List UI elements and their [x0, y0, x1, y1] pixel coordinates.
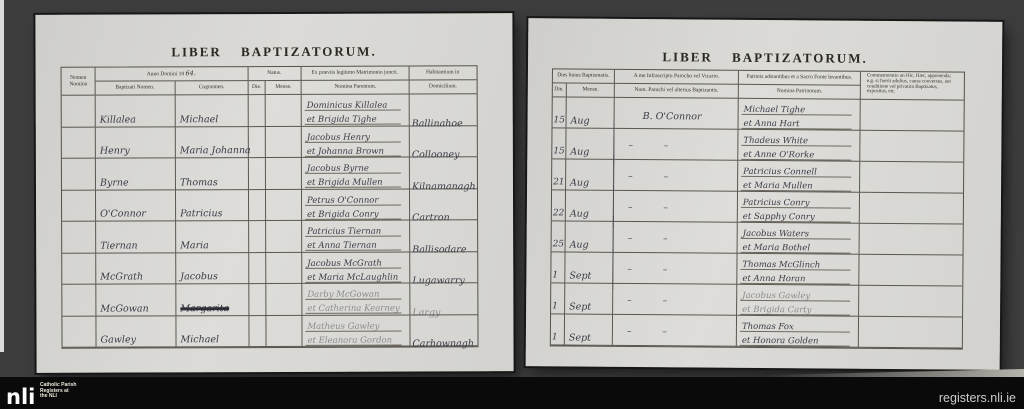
register-left-page: LIBER BAPTIZATORUM. NomenNomina Anno Dom…: [35, 13, 513, 373]
subheader-nomina-patrinorum: Nomina Patrinorum.: [739, 85, 861, 100]
right-page-title: LIBER BAPTIZATORUM.: [528, 48, 1002, 68]
baptism-day-cell: 1: [551, 314, 565, 345]
observations-cell: [859, 255, 962, 287]
col-header-patrinis: Patrinis adstantibus et a Sacro Fonte le…: [739, 71, 861, 86]
given-name-cell: Maria Johanna: [176, 127, 249, 159]
col-header-matrimonio: Ex præviis legitimo Matrimonio juncti.: [302, 67, 410, 81]
mother-name: et Anna Tiernan: [307, 241, 377, 251]
number-cell: [62, 159, 96, 191]
col-header-natus: Natus.: [249, 67, 302, 81]
mensis-cell: [266, 252, 302, 284]
number-cell: [62, 96, 96, 128]
given-name: Michael: [180, 114, 219, 125]
sponsor-name: Patricius Connell: [743, 167, 817, 178]
sponsor-name: Thomas McGlinch: [742, 260, 820, 271]
surname-cell: O'Connor: [96, 190, 176, 222]
parents-cell: Patricius Tiernan et Anna Tiernan: [302, 221, 410, 253]
subheader-cognomen: Cognomen.: [176, 81, 249, 95]
mensis-cell: [266, 189, 302, 221]
observations-cell: [860, 193, 963, 225]
subheader-mensis: Mense.: [567, 83, 615, 97]
mother-name: et Brigida Tighe: [307, 115, 377, 125]
residence-cell: Largy: [410, 283, 477, 315]
sponsors-cell: Thadeus White et Anne O'Rorke: [738, 130, 860, 162]
die-cell: [249, 284, 266, 316]
sponsor-name: et Maria Bothel: [743, 243, 811, 254]
scan-edge-sliver: [0, 0, 4, 352]
baptism-month-cell: Aug: [567, 97, 615, 128]
right-register-table: Dies huius Baptismatis. A me Infrascript…: [550, 68, 965, 349]
die-cell: [249, 190, 266, 222]
nli-logo-caption: Catholic Parish Registers at the NLI: [40, 383, 76, 400]
priest-cell: – –: [613, 253, 737, 285]
baptism-month: Sept: [569, 301, 591, 312]
footer-bar: nli Catholic Parish Registers at the NLI…: [0, 377, 1024, 409]
col-header-observanda: Commemoratio an Hic, Hæc, apponenda; e.g…: [861, 72, 964, 101]
baptism-month-cell: Aug: [566, 159, 614, 190]
surname-cell: Tiernan: [96, 221, 176, 253]
ditto-marks: – –: [628, 141, 668, 151]
col-header-nomen: NomenNomina: [62, 68, 96, 96]
parents-cell: Jacobus McGrath et Maria McLaughlin: [302, 252, 410, 284]
sponsors-cell: Thomas Fox et Honora Golden: [737, 316, 859, 348]
father-name: Matheus Gawley: [307, 321, 379, 331]
surname: O'Connor: [100, 208, 146, 219]
baptism-month: Aug: [570, 239, 589, 250]
observations-cell: [859, 286, 962, 318]
sponsor-name: et Anna Hart: [744, 119, 800, 129]
surname: Gawley: [100, 334, 135, 345]
sponsor-name: et Maria Mullen: [743, 181, 813, 192]
die-cell: [249, 158, 266, 190]
die-cell: [249, 316, 266, 348]
mother-name: et Eleanora Gordon: [307, 335, 392, 345]
subheader-parochi: Nom. Parochi vel alterius Baptizantis.: [615, 84, 739, 99]
number-cell: [62, 127, 96, 159]
surname: Killalea: [100, 114, 136, 125]
sponsor-name: Patricius Conry: [743, 198, 810, 209]
baptism-day: 15: [554, 115, 566, 125]
subheader-nomina-parentum: Nomina Parentum.: [302, 81, 410, 95]
surname: McGowan: [100, 303, 148, 314]
subheader-mensis: Mense.: [266, 81, 302, 95]
page-edge-highlight: [766, 369, 1024, 377]
baptism-day: 21: [553, 177, 565, 187]
given-name: Maria Johanna: [180, 145, 251, 156]
baptism-day: 1: [552, 332, 558, 342]
given-name: Jacobus: [180, 271, 218, 282]
ditto-marks: – –: [627, 327, 667, 337]
baptism-month: Aug: [570, 208, 589, 219]
given-name-cell: Michael: [176, 316, 249, 348]
given-name: Thomas: [180, 177, 218, 188]
residence-cell: Kilnamanagh: [410, 157, 477, 189]
col-header-parocho: A me Infrascripto Parocho vel Vicario.: [615, 70, 739, 85]
number-cell: [62, 285, 96, 317]
sponsor-name: et Brigida Carty: [742, 305, 811, 316]
priest-cell: – –: [614, 191, 738, 223]
parents-cell: Darby McGowan et Catherina Kearney: [302, 284, 410, 316]
subheader-baptizati-nomen: Baptizati Nomen.: [96, 81, 176, 95]
surname: McGrath: [100, 271, 143, 282]
baptism-day-cell: 15: [553, 97, 567, 128]
surname: Byrne: [100, 177, 129, 188]
sponsors-cell: Jacobus Gawley et Brigida Carty: [737, 285, 859, 317]
father-name: Jacobus McGrath: [307, 258, 382, 268]
baptism-day-cell: 1: [551, 252, 565, 283]
mensis-cell: [266, 284, 302, 316]
baptism-month-cell: Aug: [566, 128, 614, 159]
caption-line: the NLI: [40, 394, 76, 400]
surname: Tiernan: [100, 240, 137, 251]
baptism-day: 22: [553, 208, 565, 218]
sponsor-name: et Anna Horan: [742, 274, 805, 284]
residence-cell: Lugawarry: [410, 252, 477, 284]
priest-cell: – –: [614, 160, 738, 192]
parents-cell: Dominicus Killalea et Brigida Tighe: [302, 95, 410, 127]
sponsor-name: et Sapphy Conry: [743, 212, 815, 223]
parents-cell: Jacobus Henry et Johanna Brown: [302, 126, 410, 158]
surname-cell: Byrne: [96, 158, 176, 190]
register-right-page: LIBER BAPTIZATORUM. Dies huius Baptismat…: [526, 18, 1003, 370]
subheader-die: Die.: [249, 81, 266, 95]
sponsors-cell: Patricius Conry et Sapphy Conry: [738, 192, 860, 224]
given-name: Michael: [180, 334, 219, 345]
priest-cell: B. O'Connor: [615, 98, 739, 130]
die-cell: [249, 221, 266, 253]
father-name: Darby McGowan: [307, 290, 379, 300]
baptism-month-cell: Sept: [565, 252, 613, 283]
surname-cell: Henry: [96, 127, 176, 159]
mensis-cell: [266, 126, 302, 158]
number-cell: [62, 222, 96, 254]
baptism-month: Aug: [570, 146, 589, 157]
mother-name: et Johanna Brown: [307, 146, 384, 156]
left-register-table: NomenNomina Anno Domini 18 64. Natus. Ex…: [61, 65, 479, 348]
die-cell: [249, 253, 266, 285]
baptism-month-cell: Sept: [565, 314, 613, 345]
ditto-marks: – –: [628, 234, 668, 244]
father-name: Petrus O'Connor: [307, 195, 378, 205]
given-name-cell: Thomas: [176, 158, 249, 190]
father-name: Dominicus Killalea: [307, 101, 388, 111]
residence-cell: Collooney: [410, 126, 477, 158]
given-name: Patricius: [180, 208, 222, 219]
sponsor-name: et Honora Golden: [742, 336, 819, 347]
die-cell: [249, 95, 266, 127]
baptism-day-cell: 21: [552, 159, 566, 190]
nli-logo: nli: [6, 387, 35, 407]
mother-name: et Catherina Kearney: [307, 304, 399, 314]
baptism-month: Aug: [571, 115, 590, 126]
baptism-month: Aug: [570, 177, 589, 188]
father-name: Jacobus Henry: [307, 132, 370, 142]
baptism-day: 1: [552, 270, 558, 280]
baptism-month: Sept: [569, 270, 591, 281]
handwritten-year: 64.: [186, 69, 196, 76]
priest-cell: – –: [613, 284, 737, 316]
residence: Carhownagh: [413, 338, 474, 349]
die-cell: [249, 127, 266, 159]
sponsors-cell: Michael Tighe et Anna Hart: [739, 99, 861, 131]
sponsor-name: Jacobus Gawley: [742, 291, 810, 302]
given-name-cell: Jacobus: [176, 253, 249, 285]
number-cell: [62, 316, 96, 348]
mother-name: et Maria McLaughlin: [307, 272, 398, 282]
number-cell: [62, 253, 96, 285]
baptism-month: Sept: [569, 332, 591, 343]
sponsor-name: et Anne O'Rorke: [743, 150, 814, 161]
priest-cell: – –: [614, 129, 738, 161]
surname-cell: Killalea: [96, 95, 176, 127]
given-name-cell: Michael: [176, 95, 249, 127]
residence-cell: Ballisodare: [410, 220, 477, 252]
baptism-day-cell: 25: [552, 221, 566, 252]
sponsor-name: Michael Tighe: [744, 105, 806, 115]
father-name: Patricius Tiernan: [307, 227, 381, 237]
baptism-month-cell: Aug: [566, 190, 614, 221]
surname-cell: Gawley: [96, 316, 176, 348]
left-page-title: LIBER BAPTIZATORUM.: [35, 43, 512, 61]
observations-cell: [860, 100, 963, 132]
subheader-domicilium: Domicilium.: [410, 80, 477, 94]
number-cell: [62, 190, 96, 222]
baptism-day-cell: 15: [552, 128, 566, 159]
sponsors-cell: Thomas McGlinch et Anna Horan: [737, 254, 859, 286]
residence-cell: Carhownagh: [410, 315, 477, 347]
mensis-cell: [266, 95, 302, 127]
observations-cell: [860, 162, 963, 194]
ditto-marks: – –: [628, 172, 668, 182]
baptism-day-cell: 1: [551, 283, 565, 314]
col-header-anno-domini: Anno Domini 18 64.: [96, 67, 249, 82]
mother-name: et Brigida Conry: [307, 209, 379, 219]
surname: Henry: [100, 146, 130, 157]
priest-name: B. O'Connor: [643, 111, 702, 122]
residence-cell: Cartron: [410, 189, 477, 221]
col-header-dies-baptismatis: Dies huius Baptismatis.: [553, 69, 615, 83]
baptism-day-cell: 22: [552, 190, 566, 221]
given-name-struck: Margarita: [180, 303, 229, 314]
subheader-die: Die.: [553, 83, 567, 97]
sponsors-cell: Patricius Connell et Maria Mullen: [738, 161, 860, 193]
baptism-month-cell: Sept: [565, 283, 613, 314]
mensis-cell: [266, 158, 302, 190]
parents-cell: Matheus Gawley et Eleanora Gordon: [302, 315, 410, 347]
observations-cell: [859, 317, 962, 349]
residence-cell: Ballinahoe: [410, 94, 477, 126]
ditto-marks: – –: [627, 265, 667, 275]
baptism-day: 1: [552, 301, 558, 311]
sponsor-name: Thomas Fox: [742, 322, 794, 332]
given-name-cell: Maria: [176, 221, 249, 253]
baptism-day: 25: [553, 239, 565, 249]
sponsor-name: Jacobus Waters: [743, 229, 809, 240]
surname-cell: McGowan: [96, 284, 176, 316]
parents-cell: Petrus O'Connor et Brigida Conry: [302, 189, 410, 221]
mensis-cell: [266, 315, 302, 347]
ditto-marks: – –: [627, 296, 667, 306]
sponsor-name: Thadeus White: [743, 136, 808, 147]
baptism-day: 15: [553, 146, 565, 156]
priest-cell: – –: [613, 315, 737, 347]
given-name-cell: Patricius: [176, 190, 249, 222]
col-header-habitantium: Habitantium in: [410, 66, 477, 80]
father-name: Jacobus Byrne: [307, 164, 369, 174]
observations-cell: [860, 224, 963, 256]
mensis-cell: [266, 221, 302, 253]
site-watermark: registers.nli.ie: [939, 391, 1016, 405]
surname-cell: McGrath: [96, 253, 176, 285]
mother-name: et Brigida Mullen: [307, 178, 383, 188]
baptism-month-cell: Aug: [566, 221, 614, 252]
parents-cell: Jacobus Byrne et Brigida Mullen: [302, 158, 410, 190]
priest-cell: – –: [614, 222, 738, 254]
given-name-cell: Margarita: [176, 284, 249, 316]
observations-cell: [860, 131, 963, 163]
ditto-marks: – –: [628, 203, 668, 213]
given-name: Maria: [180, 240, 209, 251]
sponsors-cell: Jacobus Waters et Maria Bothel: [738, 223, 860, 255]
